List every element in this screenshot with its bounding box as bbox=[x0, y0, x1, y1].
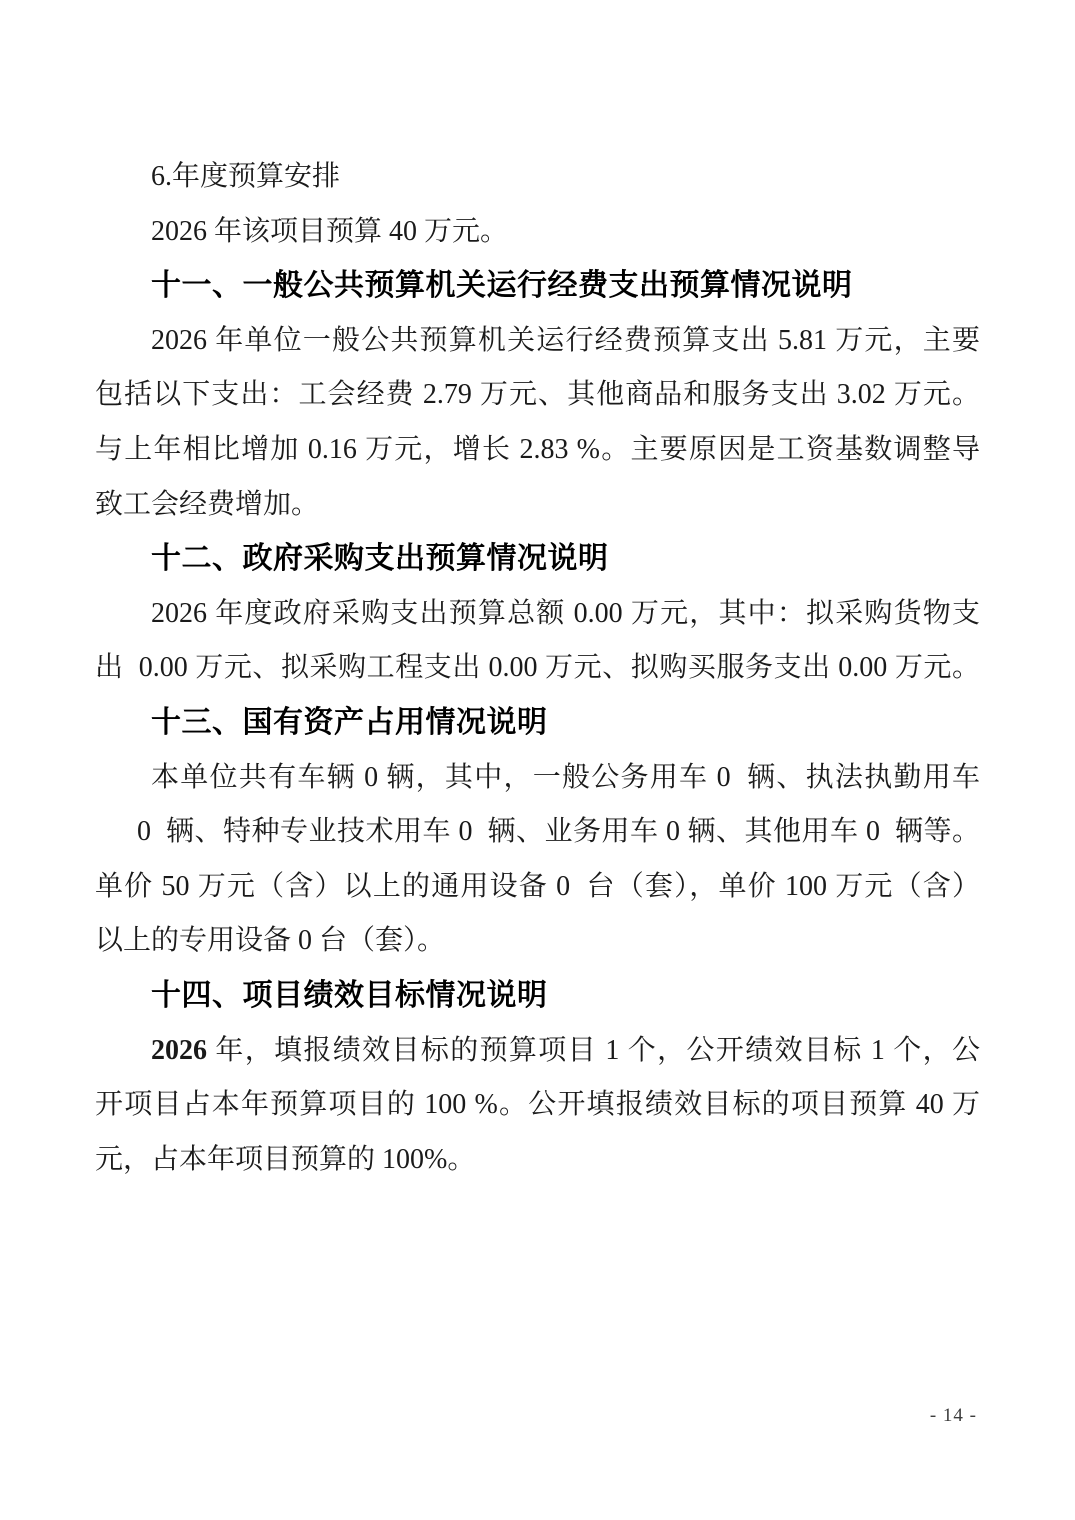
text-segment: 致工会经费增加。 bbox=[95, 489, 319, 520]
text-line: 2026 年度政府采购支出预算总额 0.00 万元，其中：拟采购货物支 bbox=[95, 587, 980, 642]
text-line: 单价 50 万元（含）以上的通用设备 0 台（套），单价 100 万元（含） bbox=[95, 860, 980, 915]
text-segment: 年，填报绩效目标的预算项目 1 个，公开绩效目标 1 个，公 bbox=[207, 1035, 980, 1066]
bold-text-segment: 2026 bbox=[151, 1035, 207, 1066]
bold-text-segment: 十一、一般公共预算机关运行经费支出预算情况说明 bbox=[151, 269, 853, 302]
text-segment: 开项目占本年预算项目的 100 %。公开填报绩效目标的项目预算 40 万 bbox=[95, 1089, 980, 1120]
document-body: 6.年度预算安排2026 年该项目预算 40 万元。十一、一般公共预算机关运行经… bbox=[95, 150, 980, 1187]
paragraph: 6.年度预算安排 bbox=[95, 150, 980, 205]
text-segment: 6.年度预算安排 bbox=[151, 161, 340, 192]
text-segment: 元，占本年项目预算的 100%。 bbox=[95, 1144, 475, 1175]
paragraph: 2026 年该项目预算 40 万元。 bbox=[95, 205, 980, 260]
text-segment: 0 辆、特种专业技术用车 0 辆、业务用车 0 辆、其他用车 0 辆等。 bbox=[137, 816, 980, 847]
bold-text-segment: 十四、项目绩效目标情况说明 bbox=[151, 979, 548, 1012]
text-line: 2026 年该项目预算 40 万元。 bbox=[95, 205, 980, 260]
text-segment: 2026 年该项目预算 40 万元。 bbox=[151, 216, 508, 247]
text-line: 十三、国有资产占用情况说明 bbox=[95, 696, 980, 751]
text-line: 致工会经费增加。 bbox=[95, 478, 980, 533]
text-line: 元，占本年项目预算的 100%。 bbox=[95, 1133, 980, 1188]
text-line: 本单位共有车辆 0 辆，其中，一般公务用车 0 辆、执法执勤用车 bbox=[95, 751, 980, 806]
text-line: 6.年度预算安排 bbox=[95, 150, 980, 205]
text-line: 2026 年，填报绩效目标的预算项目 1 个，公开绩效目标 1 个，公 bbox=[95, 1024, 980, 1079]
paragraph: 2026 年单位一般公共预算机关运行经费预算支出 5.81 万元，主要包括以下支… bbox=[95, 314, 980, 532]
paragraph: 本单位共有车辆 0 辆，其中，一般公务用车 0 辆、执法执勤用车0 辆、特种专业… bbox=[95, 751, 980, 969]
section-heading: 十四、项目绩效目标情况说明 bbox=[95, 969, 980, 1024]
text-line: 十四、项目绩效目标情况说明 bbox=[95, 969, 980, 1024]
text-line: 包括以下支出：工会经费 2.79 万元、其他商品和服务支出 3.02 万元。 bbox=[95, 368, 980, 423]
paragraph: 2026 年，填报绩效目标的预算项目 1 个，公开绩效目标 1 个，公开项目占本… bbox=[95, 1024, 980, 1188]
document-page: 6.年度预算安排2026 年该项目预算 40 万元。十一、一般公共预算机关运行经… bbox=[0, 0, 1075, 1520]
text-segment: 包括以下支出：工会经费 2.79 万元、其他商品和服务支出 3.02 万元。 bbox=[95, 379, 980, 410]
text-line: 以上的专用设备 0 台（套）。 bbox=[95, 914, 980, 969]
text-line: 与上年相比增加 0.16 万元，增长 2.83 %。主要原因是工资基数调整导 bbox=[95, 423, 980, 478]
text-line: 0 辆、特种专业技术用车 0 辆、业务用车 0 辆、其他用车 0 辆等。 bbox=[95, 805, 980, 860]
text-line: 开项目占本年预算项目的 100 %。公开填报绩效目标的项目预算 40 万 bbox=[95, 1078, 980, 1133]
text-segment: 本单位共有车辆 0 辆，其中，一般公务用车 0 辆、执法执勤用车 bbox=[151, 762, 980, 793]
text-line: 十二、政府采购支出预算情况说明 bbox=[95, 532, 980, 587]
text-line: 2026 年单位一般公共预算机关运行经费预算支出 5.81 万元，主要 bbox=[95, 314, 980, 369]
paragraph: 2026 年度政府采购支出预算总额 0.00 万元，其中：拟采购货物支出 0.0… bbox=[95, 587, 980, 696]
text-segment: 2026 年度政府采购支出预算总额 0.00 万元，其中：拟采购货物支 bbox=[151, 598, 980, 629]
section-heading: 十二、政府采购支出预算情况说明 bbox=[95, 532, 980, 587]
text-segment: 出 0.00 万元、拟采购工程支出 0.00 万元、拟购买服务支出 0.00 万… bbox=[95, 652, 980, 683]
page-number: - 14 - bbox=[930, 1405, 977, 1427]
text-line: 十一、一般公共预算机关运行经费支出预算情况说明 bbox=[95, 259, 980, 314]
text-segment: 单价 50 万元（含）以上的通用设备 0 台（套），单价 100 万元（含） bbox=[95, 871, 980, 902]
text-segment: 与上年相比增加 0.16 万元，增长 2.83 %。主要原因是工资基数调整导 bbox=[95, 434, 980, 465]
bold-text-segment: 十二、政府采购支出预算情况说明 bbox=[151, 542, 609, 575]
bold-text-segment: 十三、国有资产占用情况说明 bbox=[151, 706, 548, 739]
text-segment: 2026 年单位一般公共预算机关运行经费预算支出 5.81 万元，主要 bbox=[151, 325, 980, 356]
text-line: 出 0.00 万元、拟采购工程支出 0.00 万元、拟购买服务支出 0.00 万… bbox=[95, 641, 980, 696]
text-segment: 以上的专用设备 0 台（套）。 bbox=[95, 925, 445, 956]
section-heading: 十一、一般公共预算机关运行经费支出预算情况说明 bbox=[95, 259, 980, 314]
section-heading: 十三、国有资产占用情况说明 bbox=[95, 696, 980, 751]
